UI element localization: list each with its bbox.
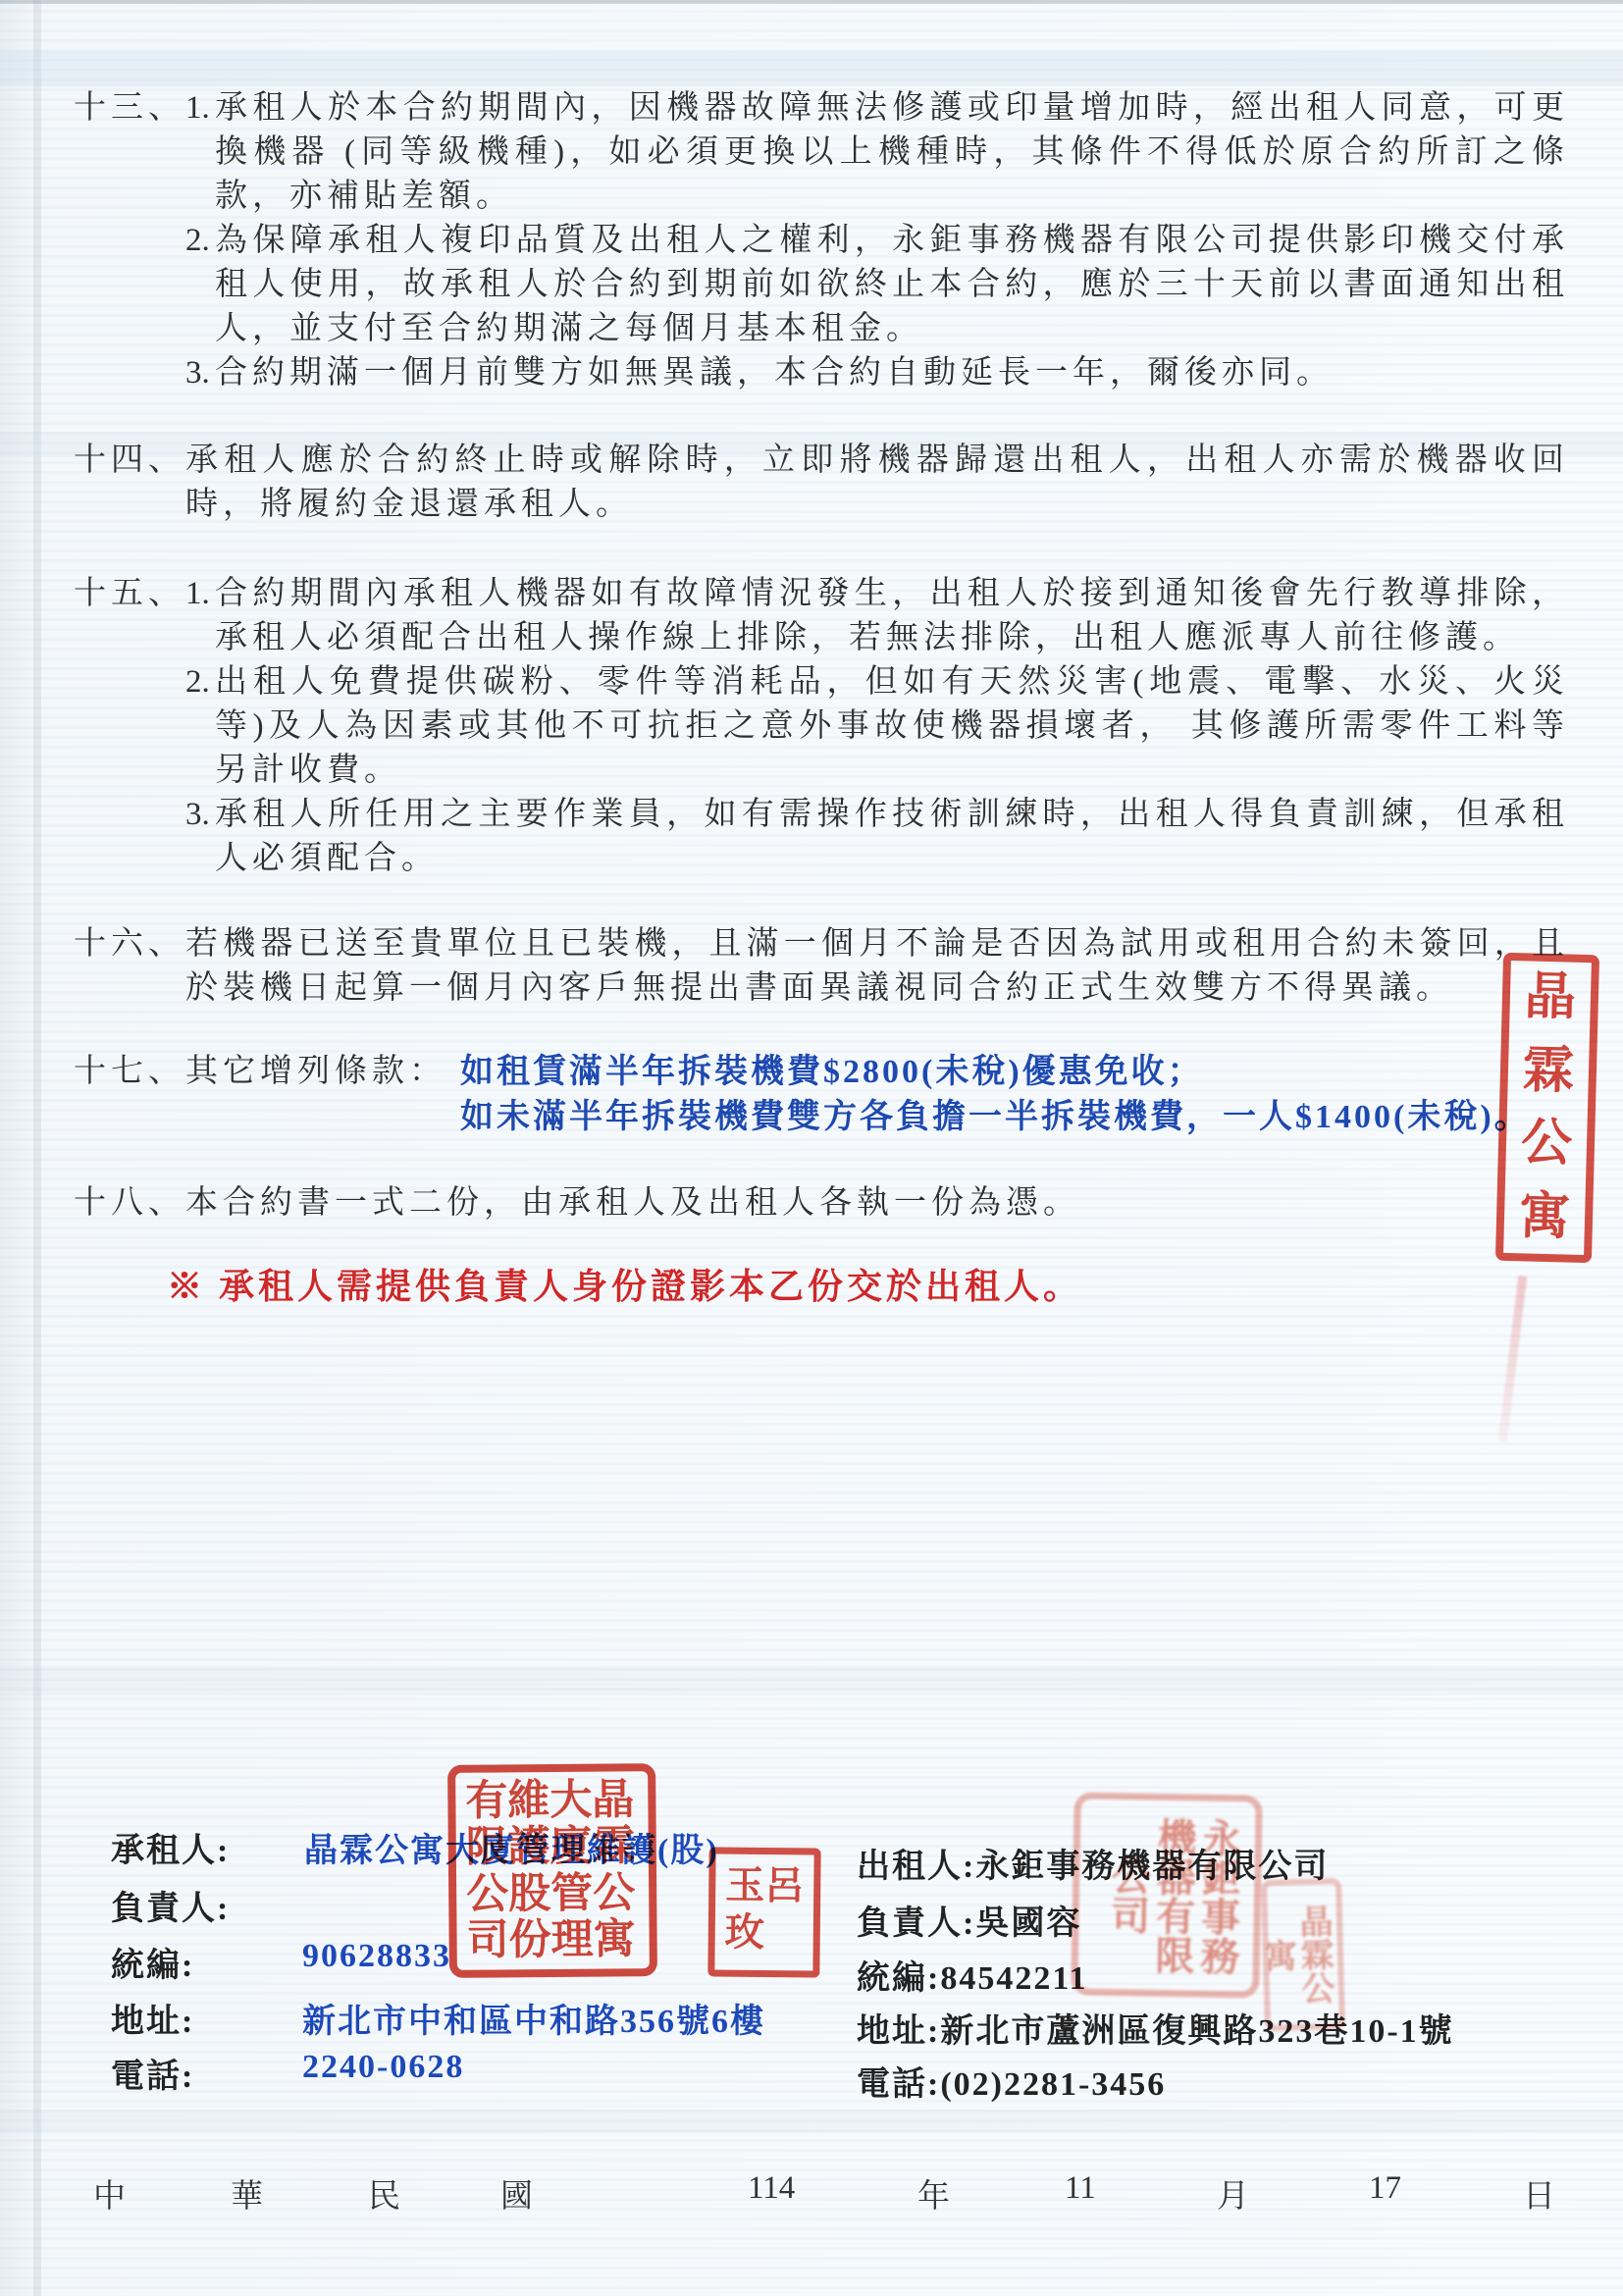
lessee-rep-label: 負責人: <box>111 1881 230 1929</box>
clause-17-label: 其它增列條款： <box>185 1050 446 1140</box>
representative-name-seal: 玉呂 玫 <box>707 1847 820 1977</box>
scan-edge-top <box>0 0 1623 4</box>
additional-terms-line-2: 如未滿半年拆裝機費雙方各負擔一半拆裝機費，一人$1400(未稅)。 <box>460 1095 1531 1140</box>
clause-18: 十八、 本合約書一式二份，由承租人及出租人各執一份為憑。 <box>74 1181 1569 1226</box>
clause-15-item-2: 2. 出租人免費提供碳粉、零件等消耗品，但如有天然災害(地震、電擊、水災、火災等… <box>185 660 1569 793</box>
scan-band <box>0 51 1623 86</box>
scan-band <box>0 2110 1623 2133</box>
date-year-value: 114 <box>748 2170 795 2207</box>
clause-18-number: 十八、 <box>74 1181 185 1226</box>
clause-15-item-1: 1. 合約期間內承租人機器如有故障情況發生，出租人於接到通知後會先行教導排除，承… <box>185 572 1569 660</box>
lessor-secondary-seal: 晶霖公寓 <box>1261 1878 1345 2031</box>
date-month-value: 11 <box>1065 2170 1096 2207</box>
lessee-address-value: 新北市中和區中和路356號6樓 <box>302 1994 765 2042</box>
date-char: 國 <box>500 2170 533 2217</box>
lessee-label: 承租人: <box>111 1823 230 1871</box>
lessee-address-label: 地址: <box>111 1994 194 2042</box>
clause-16-number: 十六、 <box>74 922 185 966</box>
clause-14-text: 承租人應於合約終止時或解除時，立即將機器歸還出租人，出租人亦需於機器收回時，將履… <box>185 439 1569 527</box>
date-month-label: 月 <box>1217 2170 1249 2217</box>
clause-13-item-3: 3. 合約期滿一個月前雙方如無異議，本合約自動延長一年，爾後亦同。 <box>185 351 1569 395</box>
lessor-taxid-line: 統編:84542211 <box>857 1951 1087 1999</box>
clause-13: 十三、 1. 承租人於本合約期間內，因機器故障無法修護或印量增加時，經出租人同意… <box>74 86 1569 395</box>
clause-15-number: 十五、 <box>74 572 185 616</box>
contract-clauses: 十三、 1. 承租人於本合約期間內，因機器故障無法修護或印量增加時，經出租人同意… <box>74 86 1569 1309</box>
side-margin-seal: 晶 霖 公 寓 <box>1495 953 1599 1263</box>
date-day-label: 日 <box>1523 2170 1555 2217</box>
additional-terms: 如租賃滿半年拆裝機費$2800(未稅)優惠免收； 如未滿半年拆裝機費雙方各負擔一… <box>460 1050 1531 1140</box>
lessee-company-seal: 有維大晶 限護廈霖 公股管公 司份理寓 <box>447 1763 657 1978</box>
roc-date-line: 中 華 民 國 114 年 11 月 17 日 <box>0 2170 1623 2216</box>
clause-16-text: 若機器已送至貴單位且已裝機，且滿一個月不論是否因為試用或租用合約未簽回，且於裝機… <box>185 922 1569 1011</box>
lessor-rep-line: 負責人:吳國容 <box>857 1896 1081 1944</box>
lessee-phone-label: 電話: <box>111 2049 194 2097</box>
clause-13-item-1: 1. 承租人於本合約期間內，因機器故障無法修護或印量增加時，經出租人同意，可更換… <box>185 86 1569 219</box>
clause-13-number: 十三、 <box>74 86 185 130</box>
clause-15: 十五、 1. 合約期間內承租人機器如有故障情況發生，出租人於接到通知後會先行教導… <box>74 572 1569 881</box>
lessee-phone-value: 2240-0628 <box>302 2049 464 2086</box>
contract-scan-page: 十三、 1. 承租人於本合約期間內，因機器故障無法修護或印量增加時，經出租人同意… <box>0 0 1623 2296</box>
clause-14: 十四、 承租人應於合約終止時或解除時，立即將機器歸還出租人，出租人亦需於機器收回… <box>74 439 1569 527</box>
date-day-value: 17 <box>1369 2170 1401 2207</box>
lessee-taxid-value: 90628833 <box>302 1938 451 1975</box>
date-char: 華 <box>231 2170 263 2217</box>
clause-17-number: 十七、 <box>74 1050 185 1094</box>
date-char: 中 <box>93 2170 126 2217</box>
lessee-taxid-label: 統編: <box>111 1938 194 1986</box>
clause-13-item-2: 2. 為保障承租人複印品質及出租人之權利，永鉅事務機器有限公司提供影印機交付承租… <box>185 219 1569 351</box>
lessor-address-line: 地址:新北市蘆洲區復興路323巷10-1號 <box>857 2004 1454 2052</box>
scan-edge-left <box>33 0 41 2296</box>
lessor-company-seal: 永鉅事務機器有限公司 <box>1071 1792 1263 1998</box>
clause-17: 十七、 其它增列條款： 如租賃滿半年拆裝機費$2800(未稅)優惠免收； 如未滿… <box>74 1050 1569 1140</box>
clause-16: 十六、 若機器已送至貴單位且已裝機，且滿一個月不論是否因為試用或租用合約未簽回，… <box>74 922 1569 1011</box>
date-year-label: 年 <box>917 2170 950 2217</box>
clause-18-text: 本合約書一式二份，由承租人及出租人各執一份為憑。 <box>185 1181 1569 1226</box>
scan-band <box>0 1666 1623 1696</box>
additional-terms-line-1: 如租賃滿半年拆裝機費$2800(未稅)優惠免收； <box>460 1050 1531 1095</box>
clause-14-number: 十四、 <box>74 439 185 483</box>
clause-15-item-3: 3. 承租人所任用之主要作業員，如有需操作技術訓練時，出租人得負責訓練，但承租人… <box>185 793 1569 881</box>
lessor-phone-line: 電話:(02)2281-3456 <box>857 2057 1166 2105</box>
id-copy-notice: ※ 承租人需提供負責人身份證影本乙份交於出租人。 <box>167 1265 1569 1309</box>
date-char: 民 <box>368 2170 400 2217</box>
